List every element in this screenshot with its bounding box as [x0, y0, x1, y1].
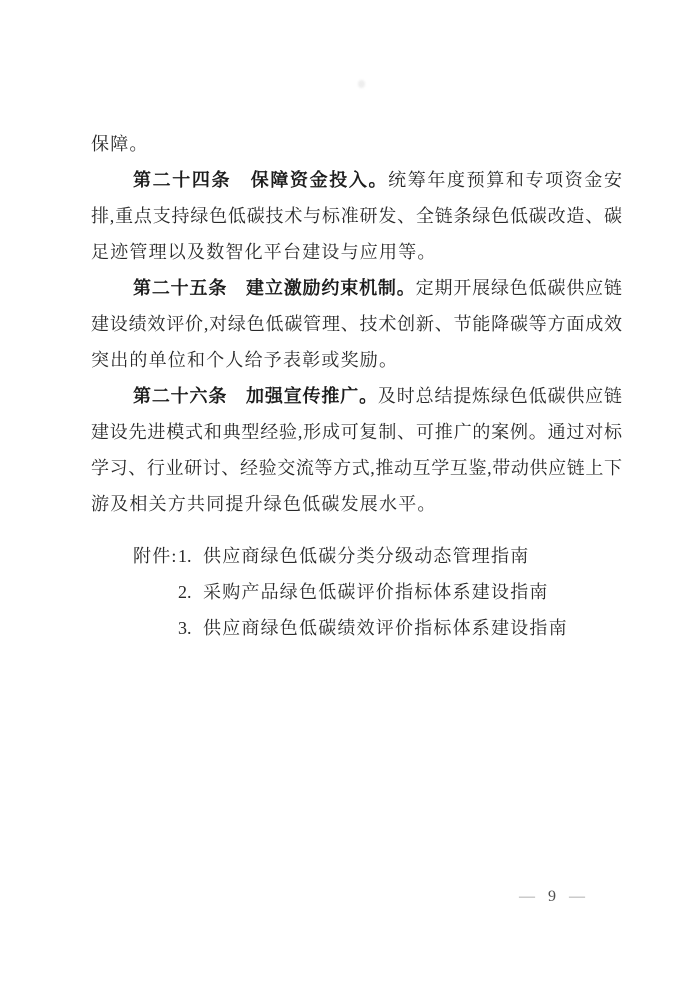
attachment-item: 附件:1.供应商绿色低碳分类分级动态管理指南 — [91, 538, 622, 574]
body-line-text: 排,重点支持绿色低碳技术与标准研发、全链条绿色低碳改造、碳 — [91, 206, 622, 226]
page-number: —9— — [519, 888, 585, 906]
document-page: 保障。 第二十四条 保障资金投入。统筹年度预算和专项资金安 排,重点支持绿色低碳… — [0, 0, 700, 990]
body-line-text: 保障。 — [91, 134, 149, 154]
body-line-text: 足迹管理以及数智化平台建设与应用等。 — [91, 242, 437, 262]
attachment-title: 供应商绿色低碳绩效评价指标体系建设指南 — [203, 618, 568, 638]
attachment-number: 2. — [178, 574, 203, 610]
body-line: 排,重点支持绿色低碳技术与标准研发、全链条绿色低碳改造、碳 — [91, 198, 622, 234]
body-line: 第二十六条 加强宣传推广。及时总结提炼绿色低碳供应链 — [91, 378, 622, 414]
attachment-item: 3.供应商绿色低碳绩效评价指标体系建设指南 — [91, 610, 622, 646]
body-line: 第二十四条 保障资金投入。统筹年度预算和专项资金安 — [91, 162, 622, 198]
body-line: 游及相关方共同提升绿色低碳发展水平。 — [91, 486, 622, 522]
article-heading: 第二十五条 建立激励约束机制。 — [133, 278, 416, 298]
body-line: 学习、行业研讨、经验交流等方式,推动互学互鉴,带动供应链上下 — [91, 450, 622, 486]
attachments-list: 附件:1.供应商绿色低碳分类分级动态管理指南 2.采购产品绿色低碳评价指标体系建… — [91, 538, 622, 646]
body-line: 建设先进模式和典型经验,形成可复制、可推广的案例。通过对标 — [91, 414, 622, 450]
page-number-value: 9 — [548, 888, 556, 906]
body-line-text: 统筹年度预算和专项资金安 — [388, 170, 622, 190]
attachment-item: 2.采购产品绿色低碳评价指标体系建设指南 — [91, 574, 622, 610]
attachment-number: 1. — [178, 538, 203, 574]
article-heading: 第二十六条 加强宣传推广。 — [133, 386, 378, 406]
body-line-text: 定期开展绿色低碳供应链 — [416, 278, 622, 298]
body-line-text: 学习、行业研讨、经验交流等方式,推动互学互鉴,带动供应链上下 — [91, 458, 622, 478]
body-line: 保障。 — [91, 126, 622, 162]
page-number-dash-right: — — [569, 888, 585, 906]
page-number-dash-left: — — [519, 888, 535, 906]
attachments-label: 附件: — [133, 538, 178, 574]
article-heading: 第二十四条 保障资金投入。 — [133, 170, 388, 190]
body-line: 第二十五条 建立激励约束机制。定期开展绿色低碳供应链 — [91, 270, 622, 306]
body-line: 建设绩效评价,对绿色低碳管理、技术创新、节能降碳等方面成效 — [91, 306, 622, 342]
body-line: 足迹管理以及数智化平台建设与应用等。 — [91, 234, 622, 270]
attachment-title: 供应商绿色低碳分类分级动态管理指南 — [203, 546, 529, 566]
body-line-text: 游及相关方共同提升绿色低碳发展水平。 — [91, 494, 437, 514]
body-line: 突出的单位和个人给予表彰或奖励。 — [91, 342, 622, 378]
body-line-text: 建设绩效评价,对绿色低碳管理、技术创新、节能降碳等方面成效 — [91, 314, 622, 334]
body-line-text: 建设先进模式和典型经验,形成可复制、可推广的案例。通过对标 — [91, 422, 622, 442]
attachment-number: 3. — [178, 610, 203, 646]
body-line-text: 及时总结提炼绿色低碳供应链 — [378, 386, 622, 406]
attachment-title: 采购产品绿色低碳评价指标体系建设指南 — [203, 582, 549, 602]
scan-artifact-dot — [358, 80, 365, 88]
document-body: 保障。 第二十四条 保障资金投入。统筹年度预算和专项资金安 排,重点支持绿色低碳… — [91, 126, 622, 522]
body-line-text: 突出的单位和个人给予表彰或奖励。 — [91, 350, 398, 370]
